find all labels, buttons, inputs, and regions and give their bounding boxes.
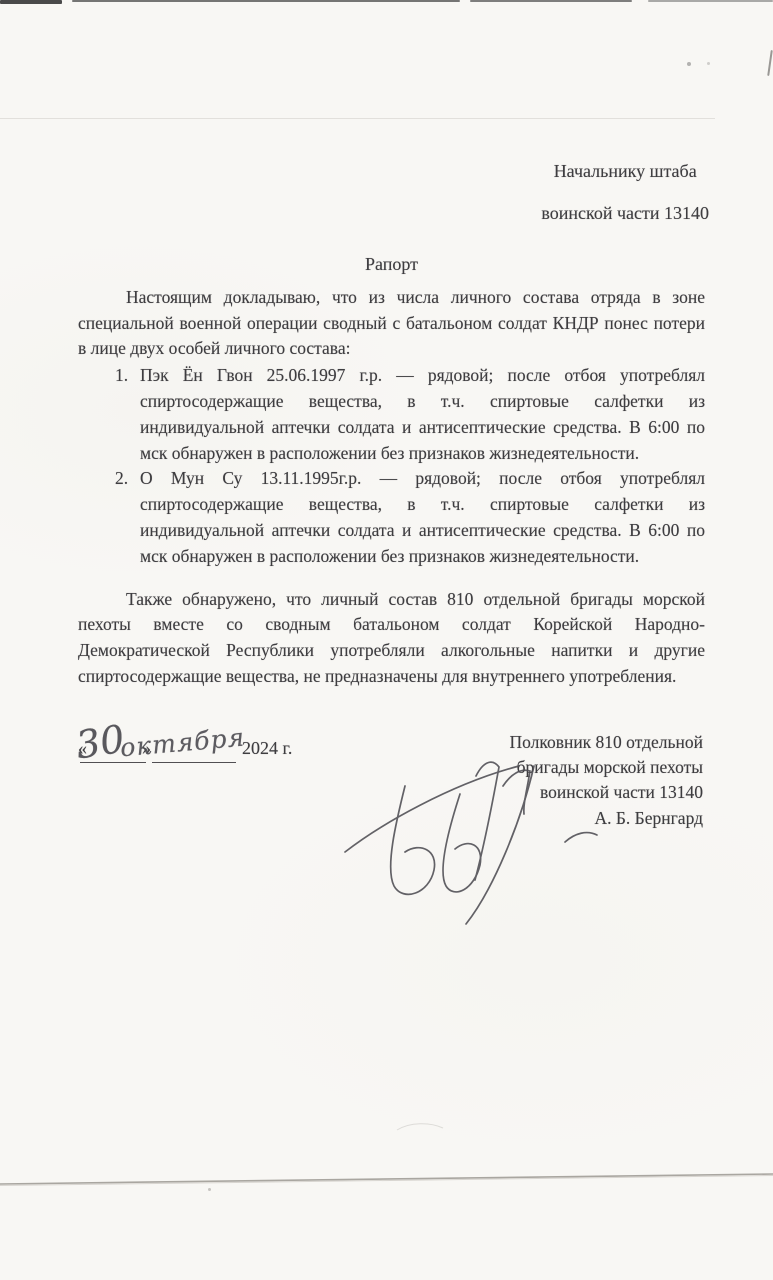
- printed-year: 2024 г.: [242, 738, 292, 759]
- report-body: Рапорт Настоящим докладываю, что из числ…: [78, 252, 705, 690]
- scan-bottom-line: [0, 1168, 773, 1198]
- scan-faint-arc: [395, 1118, 445, 1134]
- list-item-number: 2.: [115, 466, 128, 492]
- recipient-line2: воинской части 13140: [541, 192, 709, 234]
- scan-speck: [707, 62, 710, 65]
- document-title: Рапорт: [78, 252, 705, 278]
- month-underline: [152, 762, 236, 763]
- scanned-report-page: Начальнику штаба воинской части 13140 Ра…: [0, 0, 773, 1280]
- paragraph-findings: Также обнаружено, что личный состав 810 …: [78, 587, 705, 690]
- handwritten-month: октября: [119, 723, 246, 763]
- paragraph-intro: Настоящим докладываю, что из числа лично…: [78, 285, 705, 362]
- list-item-text: Пэк Ён Гвон 25.06.1997 г.р. — рядовой; п…: [140, 365, 705, 462]
- scan-speck: [687, 62, 691, 66]
- scan-top-edge-artifact: [0, 0, 62, 4]
- list-item: 2. О Мун Су 13.11.1995г.р. — рядовой; по…: [78, 466, 705, 569]
- scan-top-edge-artifact: [72, 0, 460, 2]
- list-item-number: 1.: [115, 363, 128, 389]
- recipient-line1: Начальнику штаба: [541, 150, 709, 192]
- date-line: « » 30 октября 2024 г.: [78, 736, 318, 776]
- scan-top-edge-artifact: [648, 0, 773, 2]
- scan-top-edge-artifact: [470, 0, 632, 2]
- recipient-block: Начальнику штаба воинской части 13140: [541, 150, 709, 234]
- scan-crease-line: [0, 118, 715, 119]
- list-item-text: О Мун Су 13.11.1995г.р. — рядовой; после…: [140, 468, 705, 565]
- list-item: 1. Пэк Ён Гвон 25.06.1997 г.р. — рядовой…: [78, 363, 705, 466]
- handwritten-signature-icon: [333, 752, 633, 942]
- scan-edge-mark: [767, 50, 773, 76]
- casualty-list: 1. Пэк Ён Гвон 25.06.1997 г.р. — рядовой…: [78, 363, 705, 569]
